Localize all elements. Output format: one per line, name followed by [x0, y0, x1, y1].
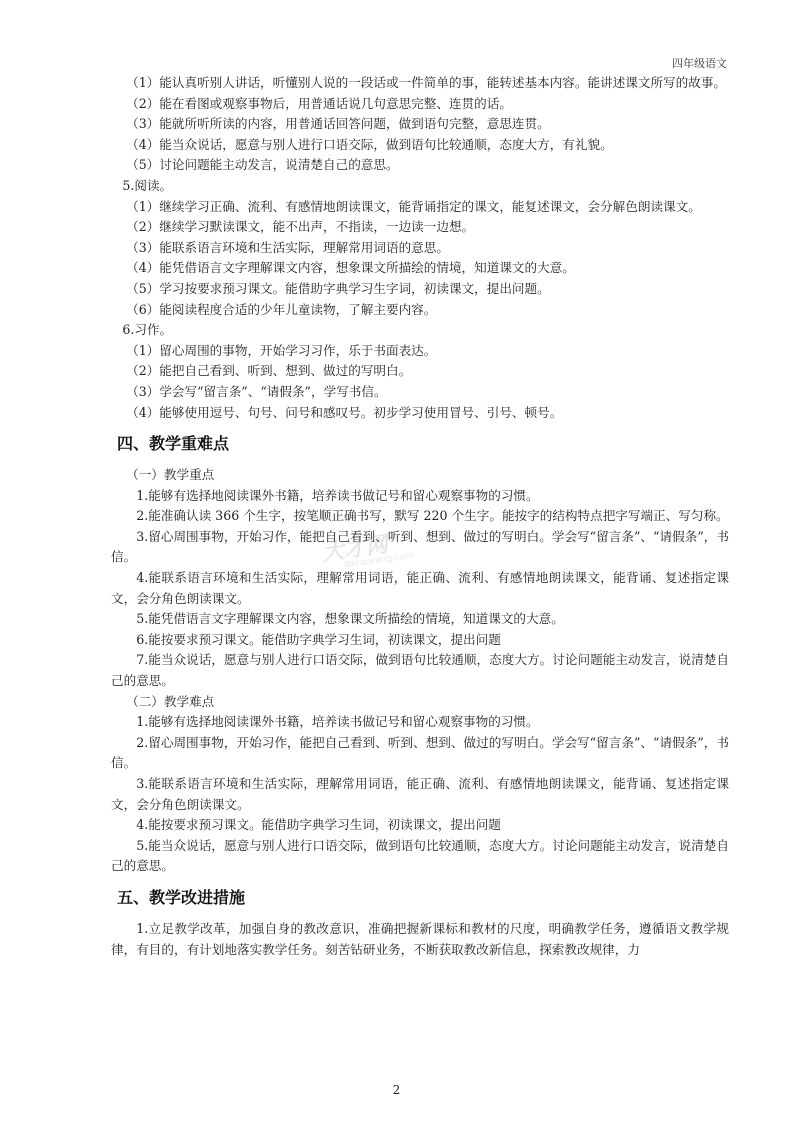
writing-item-1: （1）留心周围的事物，开始学习习作，乐于书面表达。 — [111, 341, 729, 362]
document-body: （1）能认真听别人讲话，听懂别人说的一段话或一件简单的事，能转述基本内容。能讲述… — [111, 73, 729, 960]
writing-item-4: （4）能够使用逗号、句号、问号和感叹号。初步学习使用冒号、引号、顿号。 — [111, 403, 729, 424]
difficulty-5: 5.能当众说话，愿意与别人进行口语交际，做到语句比较通顺，态度大方。讨论问题能主… — [111, 836, 729, 877]
reading-subheading: 5.阅读。 — [111, 176, 729, 197]
reading-item-3: （3）能联系语言环境和生活实际，理解常用词语的意思。 — [111, 238, 729, 259]
key-point-6: 6.能按要求预习课文。能借助字典学习生词，初读课文，提出问题 — [111, 630, 729, 651]
writing-item-2: （2）能把自己看到、听到、想到、做过的写明白。 — [111, 361, 729, 382]
page-header: 四年级语文 — [672, 55, 727, 71]
section-heading-improvement-measures: 五、教学改进措施 — [117, 886, 729, 910]
document-page: 四年级语文 （1）能认真听别人讲话，听懂别人说的一段话或一件简单的事，能转述基本… — [0, 0, 793, 1122]
reading-item-2: （2）继续学习默读课文，能不出声，不指读，一边读一边想。 — [111, 217, 729, 238]
difficulty-4: 4.能按要求预习课文。能借助字典学习生词，初读课文，提出问题 — [111, 815, 729, 836]
reading-item-6: （6）能阅读程度合适的少年儿童读物，了解主要内容。 — [111, 300, 729, 321]
difficulties-subheading: （二）教学难点 — [111, 692, 729, 713]
reading-item-1: （1）继续学习正确、流利、有感情地朗读课文，能背诵指定的课文，能复述课文，会分解… — [111, 197, 729, 218]
key-point-1: 1.能够有选择地阅读课外书籍，培养读书做记号和留心观察事物的习惯。 — [111, 486, 729, 507]
listening-item-3: （3）能就所听所读的内容，用普通话回答问题，做到语句完整，意思连贯。 — [111, 114, 729, 135]
page-number: 2 — [0, 1083, 793, 1097]
listening-item-5: （5）讨论问题能主动发言，说清楚自己的意思。 — [111, 155, 729, 176]
improvement-measure-1: 1.立足教学改革，加强自身的教改意识，准确把握新课标和教材的尺度，明确教学任务，… — [111, 919, 729, 960]
key-point-4: 4.能联系语言环境和生活实际，理解常用词语，能正确、流利、有感情地朗读课文，能背… — [111, 568, 729, 609]
reading-item-5: （5）学习按要求预习课文。能借助字典学习生字词，初读课文，提出问题。 — [111, 279, 729, 300]
writing-item-3: （3）学会写“留言条”、“请假条”，学写书信。 — [111, 382, 729, 403]
listening-item-1: （1）能认真听别人讲话，听懂别人说的一段话或一件简单的事，能转述基本内容。能讲述… — [111, 73, 729, 94]
writing-subheading: 6.习作。 — [111, 320, 729, 341]
reading-item-4: （4）能凭借语言文字理解课文内容，想象课文所描绘的情境，知道课文的大意。 — [111, 258, 729, 279]
key-point-5: 5.能凭借语言文字理解课文内容，想象课文所描绘的情境，知道课文的大意。 — [111, 609, 729, 630]
section-heading-key-difficulties: 四、教学重难点 — [117, 432, 729, 456]
listening-item-2: （2）能在看图或观察事物后，用普通话说几句意思完整、连贯的话。 — [111, 94, 729, 115]
difficulty-1: 1.能够有选择地阅读课外书籍，培养读书做记号和留心观察事物的习惯。 — [111, 712, 729, 733]
difficulty-3: 3.能联系语言环境和生活实际，理解常用词语，能正确、流利、有感情地朗读课文，能背… — [111, 774, 729, 815]
key-point-7: 7.能当众说话，愿意与别人进行口语交际，做到语句比较通顺，态度大方。讨论问题能主… — [111, 650, 729, 691]
key-points-subheading: （一）教学重点 — [111, 465, 729, 486]
difficulty-2: 2.留心周围事物，开始习作，能把自己看到、听到、想到、做过的写明白。学会写“留言… — [111, 733, 729, 774]
listening-item-4: （4）能当众说话，愿意与别人进行口语交际，做到语句比较通顺，态度大方，有礼貌。 — [111, 135, 729, 156]
